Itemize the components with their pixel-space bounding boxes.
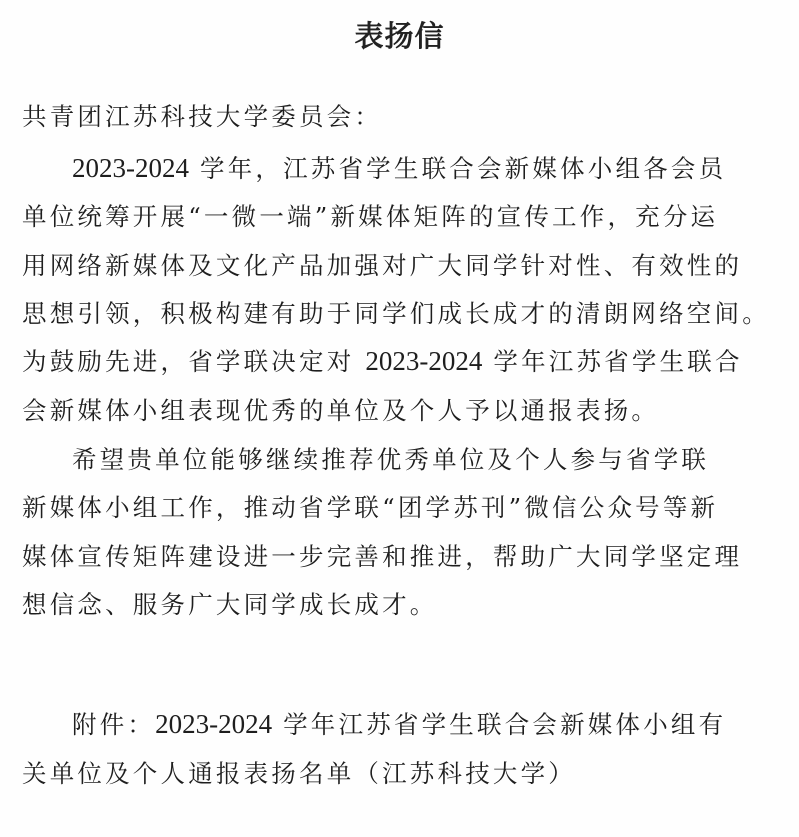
paragraph2-line-4: 想信念、服务广大同学成长成才。 <box>22 586 438 621</box>
paragraph1-line-1: 2023-2024 学年，江苏省学生联合会新媒体小组各会员 <box>72 150 726 185</box>
paragraph1-line-4: 思想引领，积极构建有助于同学们成长成才的清朗网络空间。 <box>22 295 770 330</box>
paragraph1-line-6: 会新媒体小组表现优秀的单位及个人予以通报表扬。 <box>22 392 659 427</box>
attachment-line-2: 关单位及个人通报表扬名单（江苏科技大学） <box>22 755 576 790</box>
text-segment: 学年，江苏省学生联合会新媒体小组各会员 <box>189 154 726 183</box>
paragraph2-line-1: 希望贵单位能够继续推荐优秀单位及个人参与省学联 <box>72 441 709 476</box>
paragraph1-line-2: 单位统筹开展“一微一端”新媒体矩阵的宣传工作，充分运 <box>22 198 718 233</box>
year-range: 2023-2024 <box>365 346 482 376</box>
paragraph2-line-3: 媒体宣传矩阵建设进一步完善和推进，帮助广大同学坚定理 <box>22 538 742 573</box>
page-title: 表扬信 <box>0 14 799 55</box>
letter-page: 表扬信 共青团江苏科技大学委员会： 2023-2024 学年，江苏省学生联合会新… <box>0 0 799 837</box>
paragraph1-line-3: 用网络新媒体及文化产品加强对广大同学针对性、有效性的 <box>22 247 742 282</box>
text-segment: 学年江苏省学生联合 <box>482 347 742 376</box>
text-segment: 为鼓励先进，省学联决定对 <box>22 347 365 376</box>
salutation: 共青团江苏科技大学委员会： <box>22 98 382 133</box>
year-range: 2023-2024 <box>72 153 189 183</box>
text-segment: 学年江苏省学生联合会新媒体小组有 <box>272 710 726 739</box>
paragraph1-line-5: 为鼓励先进，省学联决定对 2023-2024 学年江苏省学生联合 <box>22 343 743 378</box>
attachment-label: 附件： <box>72 710 155 739</box>
paragraph2-line-2: 新媒体小组工作，推动省学联“团学苏刊”微信公众号等新 <box>22 489 718 524</box>
attachment-line-1: 附件：2023-2024 学年江苏省学生联合会新媒体小组有 <box>72 706 726 741</box>
year-range: 2023-2024 <box>155 709 272 739</box>
